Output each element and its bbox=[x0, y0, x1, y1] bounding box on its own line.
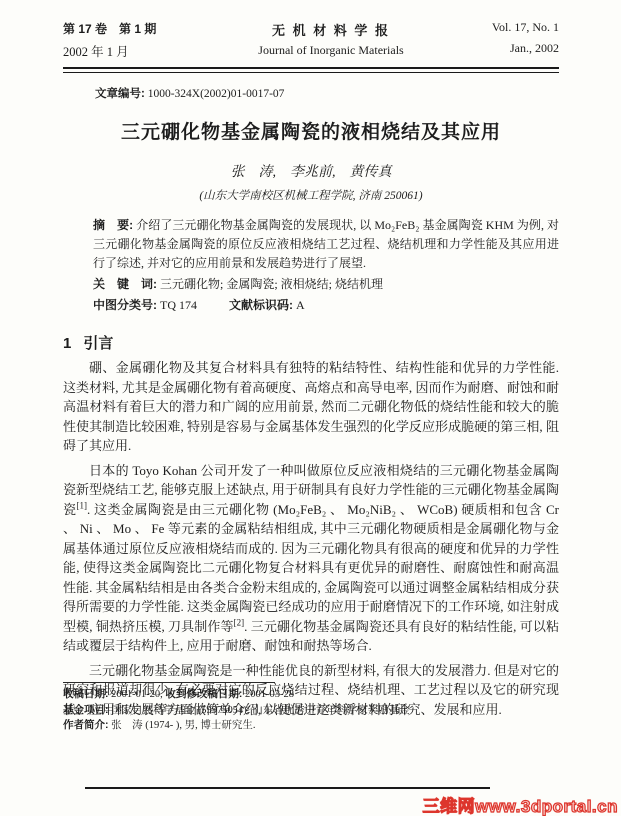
date-cn: 2002 年 1 月 bbox=[63, 42, 213, 60]
journal-masthead: 第 17 卷 第 1 期 2002 年 1 月 无 机 材 料 学 报 Jour… bbox=[63, 20, 559, 60]
section-number: 1 bbox=[63, 335, 71, 352]
page-content: 第 17 卷 第 1 期 2002 年 1 月 无 机 材 料 学 报 Jour… bbox=[63, 20, 559, 719]
article-number-value: 1000-324X(2002)01-0017-07 bbox=[148, 88, 285, 100]
journal-name-cn: 无 机 材 料 学 报 bbox=[213, 20, 449, 39]
keywords-label: 关 键 词: bbox=[93, 277, 157, 291]
section-heading-introduction: 1引言 bbox=[63, 332, 559, 353]
page-bottom-rule bbox=[85, 787, 490, 789]
article-number-label: 文章编号: bbox=[95, 88, 145, 100]
funding-value: 国家自然科学基金 (59975054); 山东省优秀中青年科学家奖励基金 bbox=[111, 705, 410, 716]
date-en: Jan., 2002 bbox=[449, 41, 559, 56]
revised-date-value: 2001-03-28 bbox=[245, 689, 294, 700]
masthead-right: Vol. 17, No. 1 Jan., 2002 bbox=[449, 20, 559, 56]
volume-issue-cn: 第 17 卷 第 1 期 bbox=[63, 20, 213, 37]
footnote-divider bbox=[63, 682, 275, 683]
clc-value: TQ 174 bbox=[160, 298, 197, 312]
classification-line: 中图分类号: TQ 174 文献标识码: A bbox=[93, 296, 559, 315]
section-title: 引言 bbox=[83, 335, 113, 352]
abstract-text: 介绍了三元硼化物基金属陶瓷的发展现状, 以 Mo₂FeB₂ 基金属陶瓷 KHM … bbox=[93, 218, 559, 270]
received-date-row: 收稿日期: 2001-01-20, 收到修改稿日期: 2001-03-28 bbox=[63, 687, 559, 703]
page-title: 三元硼化物基金属陶瓷的液相烧结及其应用 bbox=[63, 117, 559, 144]
clc-label: 中图分类号: bbox=[93, 298, 157, 312]
abstract-block: 摘 要: 介绍了三元硼化物基金属陶瓷的发展现状, 以 Mo₂FeB₂ 基金属陶瓷… bbox=[93, 216, 559, 273]
watermark-text: 三维网www.3dportal.cn bbox=[423, 792, 618, 816]
masthead-center: 无 机 材 料 学 报 Journal of Inorganic Materia… bbox=[213, 20, 449, 58]
author-bio-label: 作者简介: bbox=[63, 719, 109, 731]
masthead-left: 第 17 卷 第 1 期 2002 年 1 月 bbox=[63, 20, 213, 60]
abstract-label: 摘 要: bbox=[93, 218, 133, 232]
funding-label: 基金项目: bbox=[63, 704, 109, 716]
masthead-divider bbox=[63, 67, 559, 73]
received-date-value: 2001-01-20, bbox=[111, 689, 163, 700]
keywords-text: 三元硼化物; 金属陶瓷; 液相烧结; 烧结机理 bbox=[160, 277, 383, 291]
author-bio-value: 张 涛 (1974- ), 男, 博士研究生. bbox=[111, 720, 255, 731]
revised-date-label: 收到修改稿日期: bbox=[165, 688, 242, 700]
author-bio-row: 作者简介: 张 涛 (1974- ), 男, 博士研究生. bbox=[63, 718, 559, 734]
doc-code-value: A bbox=[296, 298, 305, 312]
funding-row: 基金项目: 国家自然科学基金 (59975054); 山东省优秀中青年科学家奖励… bbox=[63, 703, 559, 719]
doc-code-label: 文献标识码: bbox=[229, 298, 293, 312]
affiliation-line: (山东大学南校区机械工程学院, 济南 250061) bbox=[63, 187, 559, 203]
journal-page: 第 17 卷 第 1 期 2002 年 1 月 无 机 材 料 学 报 Jour… bbox=[0, 0, 621, 816]
footnote-block: 收稿日期: 2001-01-20, 收到修改稿日期: 2001-03-28 基金… bbox=[63, 682, 559, 734]
volume-issue-en: Vol. 17, No. 1 bbox=[449, 20, 559, 35]
article-number-line: 文章编号: 1000-324X(2002)01-0017-07 bbox=[95, 85, 559, 101]
body-paragraph-1: 硼、金属硼化物及其复合材料具有独特的粘结特性、结构性能和优异的力学性能. 这类材… bbox=[63, 358, 559, 456]
authors-line: 张 涛, 李兆前, 黄传真 bbox=[63, 161, 559, 181]
journal-name-en: Journal of Inorganic Materials bbox=[213, 43, 449, 58]
body-paragraph-2: 日本的 Toyo Kohan 公司开发了一种叫做原位反应液相烧结的三元硼化物基金… bbox=[63, 461, 559, 656]
received-date-label: 收稿日期: bbox=[63, 688, 109, 700]
keywords-line: 关 键 词: 三元硼化物; 金属陶瓷; 液相烧结; 烧结机理 bbox=[93, 275, 559, 294]
